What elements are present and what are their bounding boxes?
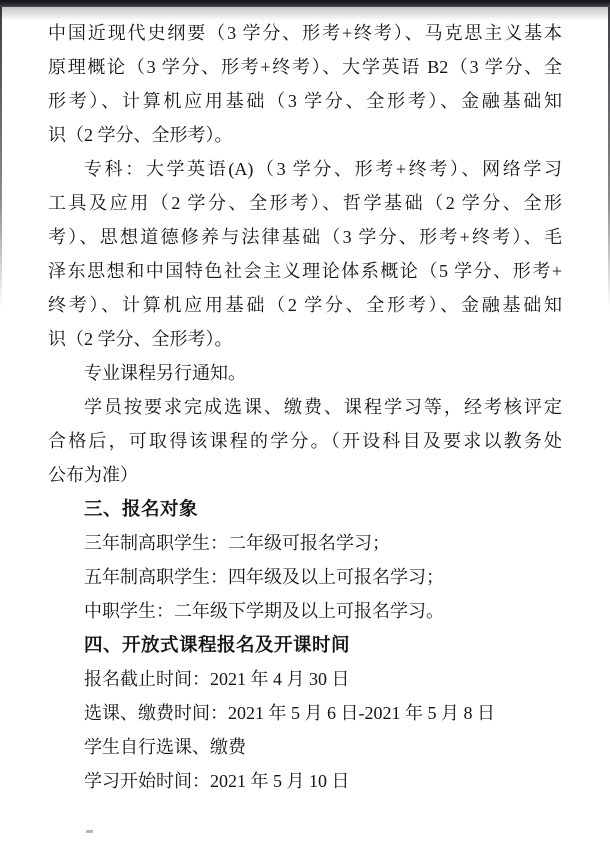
- doc-line: 公布为准）: [48, 458, 562, 492]
- document-body: 中国近现代史纲要（3 学分、形考+终考）、马克思主义基本 原理概论（3 学分、形…: [48, 16, 562, 798]
- doc-line: 中职学生：二年级下学期及以上可报名学习。: [48, 594, 562, 628]
- scan-artifact-dot: [86, 830, 93, 833]
- doc-line: 五年制高职学生：四年级及以上可报名学习；: [48, 560, 562, 594]
- doc-line: 学生自行选课、缴费: [48, 730, 562, 764]
- paragraph-major-course-notice: 专业课程另行通知。: [48, 356, 562, 390]
- paragraph-eligibility-zhongzhi: 中职学生：二年级下学期及以上可报名学习。: [48, 594, 562, 628]
- scan-edge-top: [0, 0, 610, 7]
- doc-line: 工具及应用（2 学分、全形考）、哲学基础（2 学分、全形: [48, 186, 562, 220]
- doc-line: 终考）、计算机应用基础（2 学分、全形考）、金融基础知: [48, 288, 562, 322]
- doc-line: 报名截止时间：2021 年 4 月 30 日: [48, 662, 562, 696]
- doc-line: 学员按要求完成选课、缴费、课程学习等，经考核评定: [48, 390, 562, 424]
- paragraph-eligibility-five-year: 五年制高职学生：四年级及以上可报名学习；: [48, 560, 562, 594]
- doc-line: 专业课程另行通知。: [48, 356, 562, 390]
- doc-line: 中国近现代史纲要（3 学分、形考+终考）、马克思主义基本: [48, 16, 562, 50]
- scanned-document-page: 中国近现代史纲要（3 学分、形考+终考）、马克思主义基本 原理概论（3 学分、形…: [0, 0, 610, 866]
- doc-line: 识（2 学分、全形考）。: [48, 118, 562, 152]
- doc-line: 考）、思想道德修养与法律基础（3 学分、形考+终考）、毛: [48, 220, 562, 254]
- scan-edge-left: [0, 7, 2, 307]
- paragraph-registration-deadline: 报名截止时间：2021 年 4 月 30 日: [48, 662, 562, 696]
- paragraph-study-start-time: 学习开始时间：2021 年 5 月 10 日: [48, 764, 562, 798]
- section-heading-registration-target: 三、报名对象: [48, 492, 562, 526]
- section-heading: 四、开放式课程报名及开课时间: [48, 628, 562, 662]
- doc-line: 泽东思想和中国特色社会主义理论体系概论（5 学分、形考+: [48, 254, 562, 288]
- section-heading-course-schedule: 四、开放式课程报名及开课时间: [48, 628, 562, 662]
- paragraph-zhuanke-course-list: 专科：大学英语(A)（3 学分、形考+终考）、网络学习 工具及应用（2 学分、全…: [48, 152, 562, 356]
- paragraph-eligibility-three-year: 三年制高职学生：二年级可报名学习；: [48, 526, 562, 560]
- doc-line: 形考）、计算机应用基础（3 学分、全形考）、金融基础知: [48, 84, 562, 118]
- doc-line: 选课、缴费时间：2021 年 5 月 6 日-2021 年 5 月 8 日: [48, 696, 562, 730]
- paragraph-undergraduate-course-list: 中国近现代史纲要（3 学分、形考+终考）、马克思主义基本 原理概论（3 学分、形…: [48, 16, 562, 152]
- paragraph-self-service-note: 学生自行选课、缴费: [48, 730, 562, 764]
- doc-line: 识（2 学分、全形考）。: [48, 322, 562, 356]
- doc-line: 学习开始时间：2021 年 5 月 10 日: [48, 764, 562, 798]
- paragraph-selection-payment-time: 选课、缴费时间：2021 年 5 月 6 日-2021 年 5 月 8 日: [48, 696, 562, 730]
- doc-line: 专科：大学英语(A)（3 学分、形考+终考）、网络学习: [48, 152, 562, 186]
- section-heading: 三、报名对象: [48, 492, 562, 526]
- doc-line: 合格后，可取得该课程的学分。（开设科目及要求以教务处: [48, 424, 562, 458]
- doc-line: 三年制高职学生：二年级可报名学习；: [48, 526, 562, 560]
- paragraph-credit-requirement-note: 学员按要求完成选课、缴费、课程学习等，经考核评定 合格后，可取得该课程的学分。（…: [48, 390, 562, 492]
- doc-line: 原理概论（3 学分、形考+终考）、大学英语 B2（3 学分、全: [48, 50, 562, 84]
